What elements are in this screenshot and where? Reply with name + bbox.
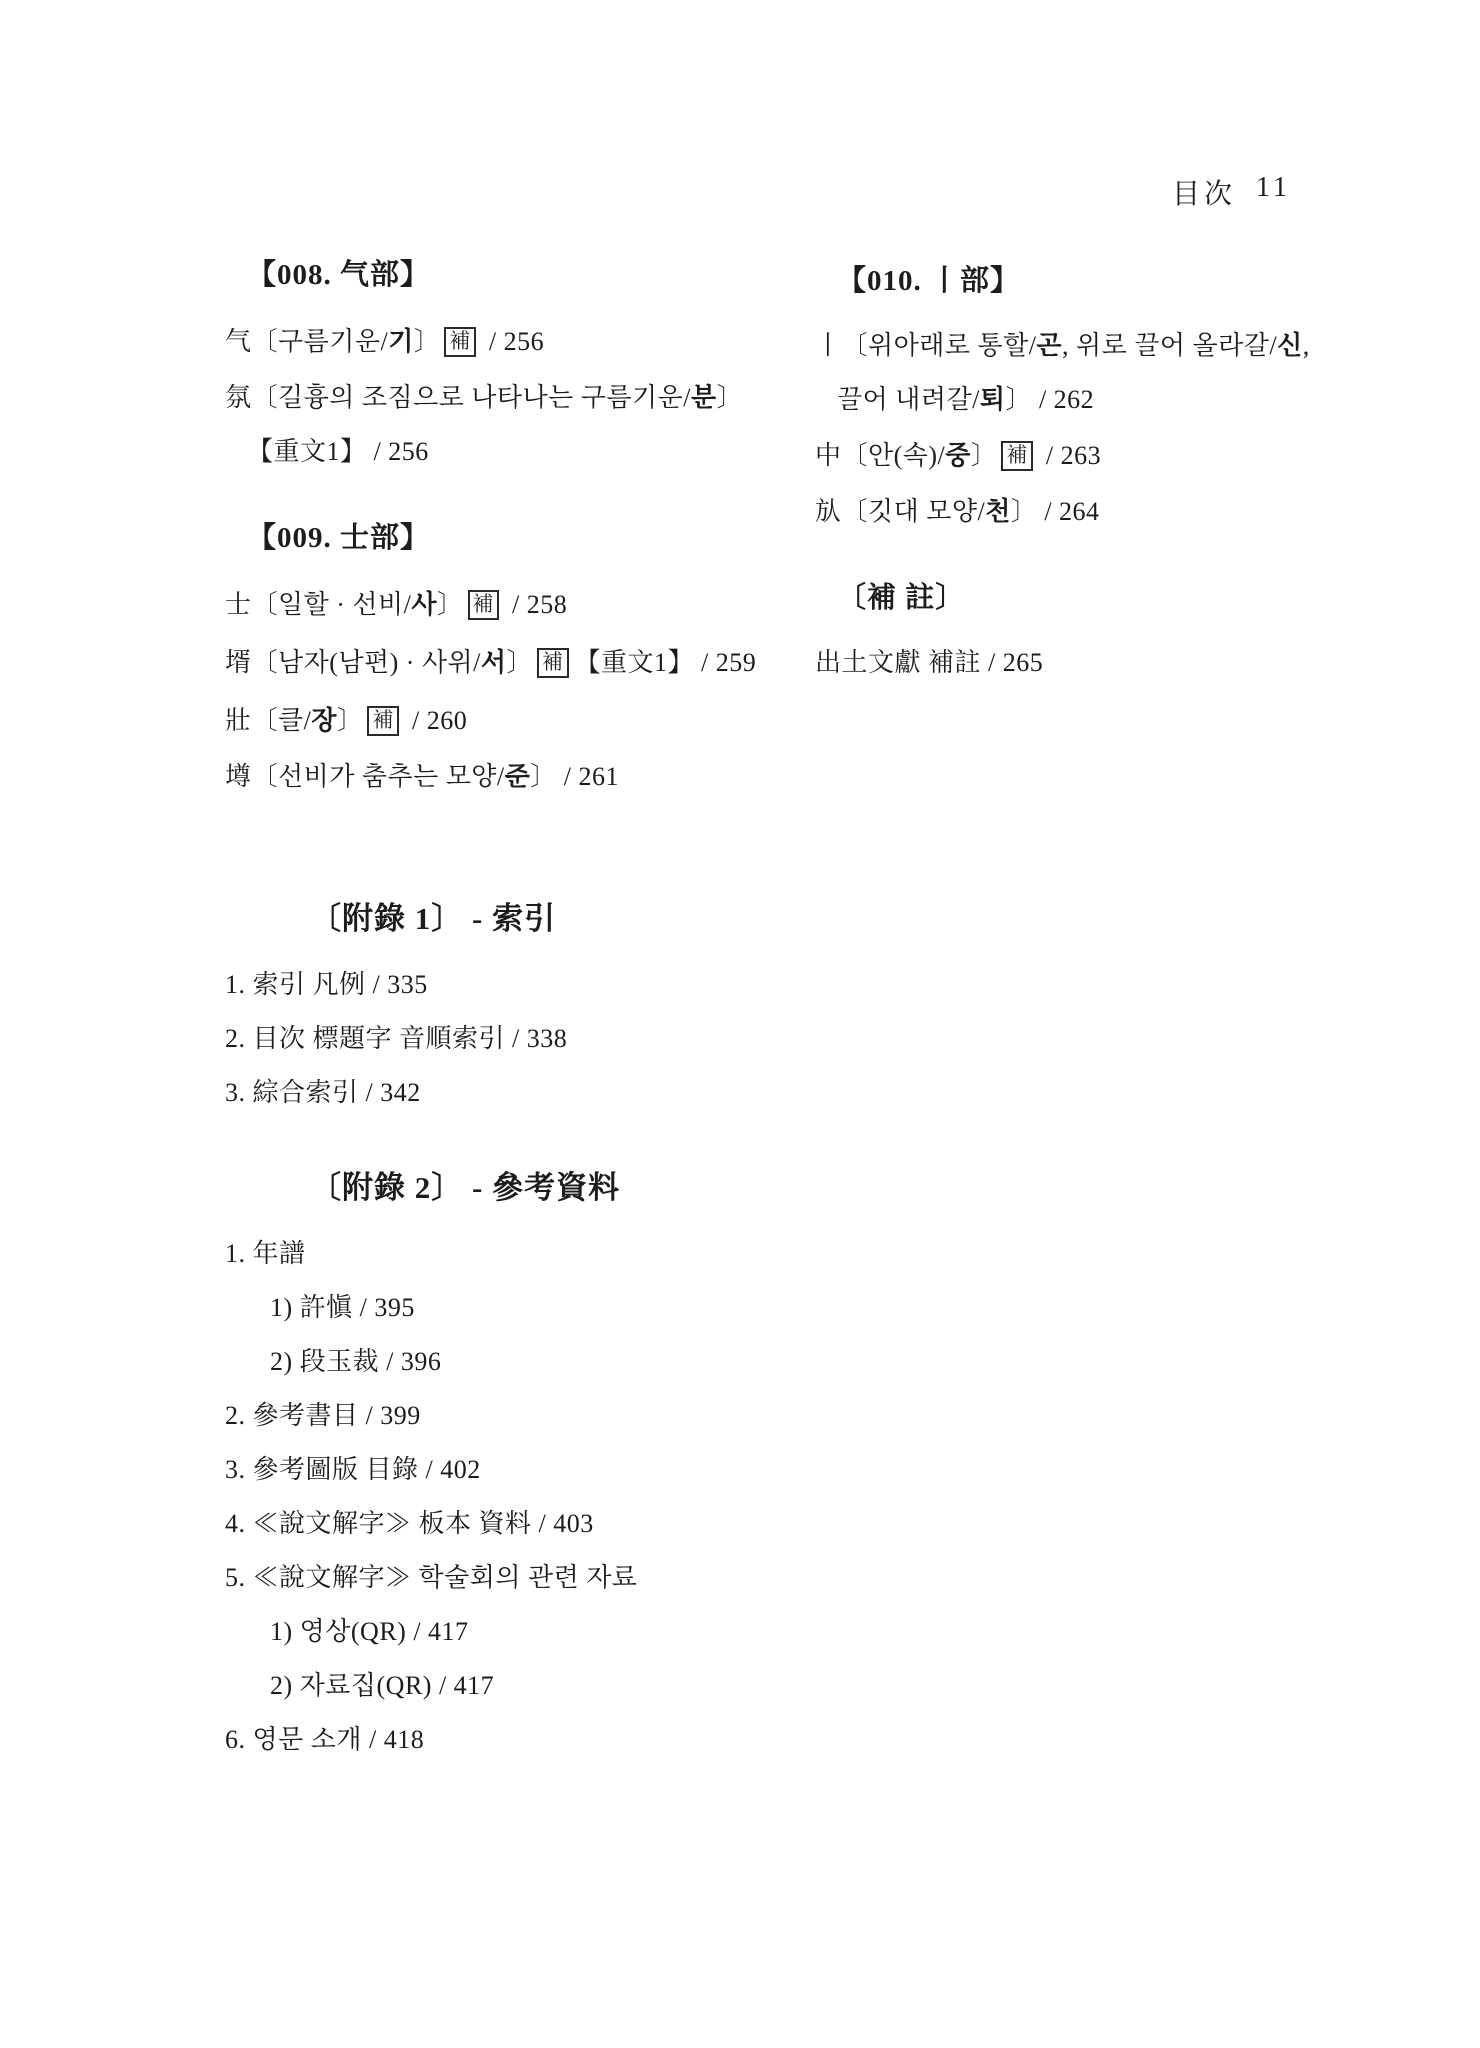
toc-text-segment: 장 (311, 706, 337, 735)
toc-text-segment: 기 (388, 327, 414, 356)
supplement-box-marker: 補 (444, 327, 476, 357)
toc-text-segment: 1. 年譜 (225, 1239, 306, 1268)
toc-text-segment: / 256 (482, 327, 544, 356)
toc-line: 士〔일할 · 선비/사〕補 / 258 (225, 590, 805, 620)
toc-text-segment: 壿〔선비가 춤추는 모양/ (225, 762, 505, 791)
toc-text-segment: 〕 / 262 (1005, 385, 1094, 414)
toc-text-segment: 〕 / 261 (530, 762, 619, 791)
toc-text-segment: 사 (411, 590, 437, 619)
section-010-title: 【010. 丨部】 (815, 258, 1335, 299)
toc-text-segment: 3. 綜合索引 / 342 (225, 1078, 421, 1107)
toc-text-segment: 〕 (414, 327, 441, 356)
toc-line: 5. ≪說文解字≫ 학술회의 관련 자료 (225, 1565, 985, 1591)
section-010: 【010. 丨部】 丨〔위아래로 통할/곤, 위로 끌어 올라갈/신,끌어 내려… (815, 258, 1335, 525)
toc-text-segment: 5. ≪說文解字≫ 학술회의 관련 자료 (225, 1563, 637, 1592)
toc-text-segment: 2) 자료집(QR) / 417 (270, 1671, 494, 1700)
section-008-title: 【008. 气部】 (225, 252, 805, 293)
appendix-2: 〔附錄 2〕 - 參考資料 1. 年譜1) 許愼 / 3952) 段玉裁 / 3… (225, 1162, 985, 1753)
section-008-entries: 气〔구름기운/기〕補 / 256氛〔길흉의 조짐으로 나타나는 구름기운/분〕【… (225, 327, 805, 465)
toc-text-segment: 서 (481, 648, 507, 677)
toc-text-segment: / 260 (405, 706, 467, 735)
supplementary-notes-title: 〔補 註〕 (815, 575, 1335, 616)
toc-line: 끌어 내려갈/퇴〕 / 262 (815, 387, 1335, 413)
toc-text-segment: / 263 (1039, 441, 1101, 470)
toc-text-segment: 천 (985, 497, 1011, 526)
toc-text-segment: / 258 (505, 590, 567, 619)
toc-text-segment: 1. 索引 凡例 / 335 (225, 970, 428, 999)
toc-text-segment: 氛〔길흉의 조짐으로 나타나는 구름기운/ (225, 383, 691, 412)
right-column: 【010. 丨部】 丨〔위아래로 통할/곤, 위로 끌어 올라갈/신,끌어 내려… (815, 258, 1335, 704)
appendix-1: 〔附錄 1〕 - 索引 1. 索引 凡例 / 3352. 目次 標題字 音順索引… (225, 893, 985, 1106)
toc-text-segment: 㫃〔깃대 모양/ (815, 497, 985, 526)
toc-line: 氛〔길흉의 조짐으로 나타나는 구름기운/분〕 (225, 385, 805, 411)
section-010-entries: 丨〔위아래로 통할/곤, 위로 끌어 올라갈/신,끌어 내려갈/퇴〕 / 262… (815, 333, 1335, 525)
appendix-1-title: 〔附錄 1〕 - 索引 (225, 893, 985, 938)
toc-text-segment: , (1303, 331, 1310, 360)
toc-text-segment: 〕 (507, 648, 534, 677)
toc-line: 1. 年譜 (225, 1241, 985, 1267)
supplement-box-marker: 補 (468, 590, 500, 620)
toc-line: 2) 자료집(QR) / 417 (225, 1673, 985, 1699)
toc-line: 气〔구름기운/기〕補 / 256 (225, 327, 805, 357)
toc-text-segment: 준 (505, 762, 531, 791)
toc-text-segment: 〕 (717, 383, 744, 412)
toc-text-segment: 〕 (337, 706, 364, 735)
toc-line: 壯〔클/장〕補 / 260 (225, 706, 805, 736)
header-label: 目次 (1172, 172, 1236, 212)
toc-line: 1) 許愼 / 395 (225, 1295, 985, 1321)
toc-text-segment: 2) 段玉裁 / 396 (270, 1347, 441, 1376)
toc-line: 1. 索引 凡例 / 335 (225, 972, 985, 998)
toc-text-segment: 2. 目次 標題字 音順索引 / 338 (225, 1024, 567, 1053)
toc-text-segment: 壯〔클/ (225, 706, 311, 735)
left-column: 【008. 气部】 气〔구름기운/기〕補 / 256氛〔길흉의 조짐으로 나타나… (225, 252, 805, 818)
toc-text-segment: 2. 參考書目 / 399 (225, 1401, 421, 1430)
toc-text-segment: 〕 (437, 590, 464, 619)
toc-text-segment: 6. 영문 소개 / 418 (225, 1725, 424, 1754)
toc-text-segment: 〕 (971, 441, 998, 470)
toc-line: 3. 綜合索引 / 342 (225, 1080, 985, 1106)
section-009: 【009. 士部】 士〔일할 · 선비/사〕補 / 258壻〔남자(남편) · … (225, 515, 805, 790)
toc-text-segment: 3. 參考圖版 目錄 / 402 (225, 1455, 481, 1484)
toc-text-segment: 中〔안(속)/ (815, 441, 945, 470)
supplement-box-marker: 補 (367, 706, 399, 736)
appendix-2-title: 〔附錄 2〕 - 參考資料 (225, 1162, 985, 1207)
section-supplementary-notes: 〔補 註〕 出土文獻 補註 / 265 (815, 575, 1335, 676)
toc-text-segment: 분 (691, 383, 717, 412)
toc-text-segment: , 위로 끌어 올라갈/ (1062, 331, 1277, 360)
supplementary-notes-entries: 出土文獻 補註 / 265 (815, 650, 1335, 676)
toc-text-segment: 士〔일할 · 선비/ (225, 590, 411, 619)
toc-text-segment: 丨〔위아래로 통할/ (815, 331, 1036, 360)
toc-line: 壿〔선비가 춤추는 모양/준〕 / 261 (225, 764, 805, 790)
toc-line: 2) 段玉裁 / 396 (225, 1349, 985, 1375)
toc-text-segment: 气〔구름기운/ (225, 327, 388, 356)
toc-line: 【重文1】 / 256 (225, 439, 805, 465)
toc-text-segment: 出土文獻 補註 / 265 (815, 648, 1043, 677)
appendix-block: 〔附錄 1〕 - 索引 1. 索引 凡例 / 3352. 目次 標題字 音順索引… (225, 893, 985, 1781)
toc-line: 中〔안(속)/중〕補 / 263 (815, 441, 1335, 471)
toc-page: 目次 11 【008. 气部】 气〔구름기운/기〕補 / 256氛〔길흉의 조짐… (0, 0, 1480, 2048)
supplement-box-marker: 補 (1001, 441, 1033, 471)
page-header: 目次 11 (1172, 172, 1291, 212)
toc-text-segment: 끌어 내려갈/ (837, 385, 980, 414)
toc-line: 㫃〔깃대 모양/천〕 / 264 (815, 499, 1335, 525)
toc-text-segment: 퇴 (980, 385, 1006, 414)
section-008: 【008. 气部】 气〔구름기운/기〕補 / 256氛〔길흉의 조짐으로 나타나… (225, 252, 805, 465)
toc-text-segment: 壻〔남자(남편) · 사위/ (225, 648, 481, 677)
toc-line: 壻〔남자(남편) · 사위/서〕補【重文1】 / 259 (225, 648, 805, 678)
header-page-number: 11 (1256, 172, 1291, 212)
toc-text-segment: 【重文1】 / 259 (575, 648, 757, 677)
toc-line: 2. 參考書目 / 399 (225, 1403, 985, 1429)
supplement-box-marker: 補 (537, 648, 569, 678)
appendix-2-entries: 1. 年譜1) 許愼 / 3952) 段玉裁 / 3962. 參考書目 / 39… (225, 1241, 985, 1753)
toc-line: 3. 參考圖版 目錄 / 402 (225, 1457, 985, 1483)
section-009-entries: 士〔일할 · 선비/사〕補 / 258壻〔남자(남편) · 사위/서〕補【重文1… (225, 590, 805, 790)
appendix-1-entries: 1. 索引 凡例 / 3352. 目次 標題字 音順索引 / 3383. 綜合索… (225, 972, 985, 1106)
toc-line: 6. 영문 소개 / 418 (225, 1727, 985, 1753)
toc-text-segment: 〕 / 264 (1011, 497, 1100, 526)
toc-line: 1) 영상(QR) / 417 (225, 1619, 985, 1645)
toc-line: 出土文獻 補註 / 265 (815, 650, 1335, 676)
toc-line: 丨〔위아래로 통할/곤, 위로 끌어 올라갈/신, (815, 333, 1335, 359)
toc-line: 4. ≪說文解字≫ 板本 資料 / 403 (225, 1511, 985, 1537)
toc-text-segment: 1) 許愼 / 395 (270, 1293, 415, 1322)
toc-text-segment: 중 (945, 441, 971, 470)
section-009-title: 【009. 士部】 (225, 515, 805, 556)
toc-text-segment: 4. ≪說文解字≫ 板本 資料 / 403 (225, 1509, 594, 1538)
toc-text-segment: 곤 (1036, 331, 1062, 360)
toc-text-segment: 1) 영상(QR) / 417 (270, 1617, 469, 1646)
toc-text-segment: 신 (1277, 331, 1303, 360)
toc-text-segment: 【重文1】 / 256 (247, 437, 429, 466)
toc-line: 2. 目次 標題字 音順索引 / 338 (225, 1026, 985, 1052)
